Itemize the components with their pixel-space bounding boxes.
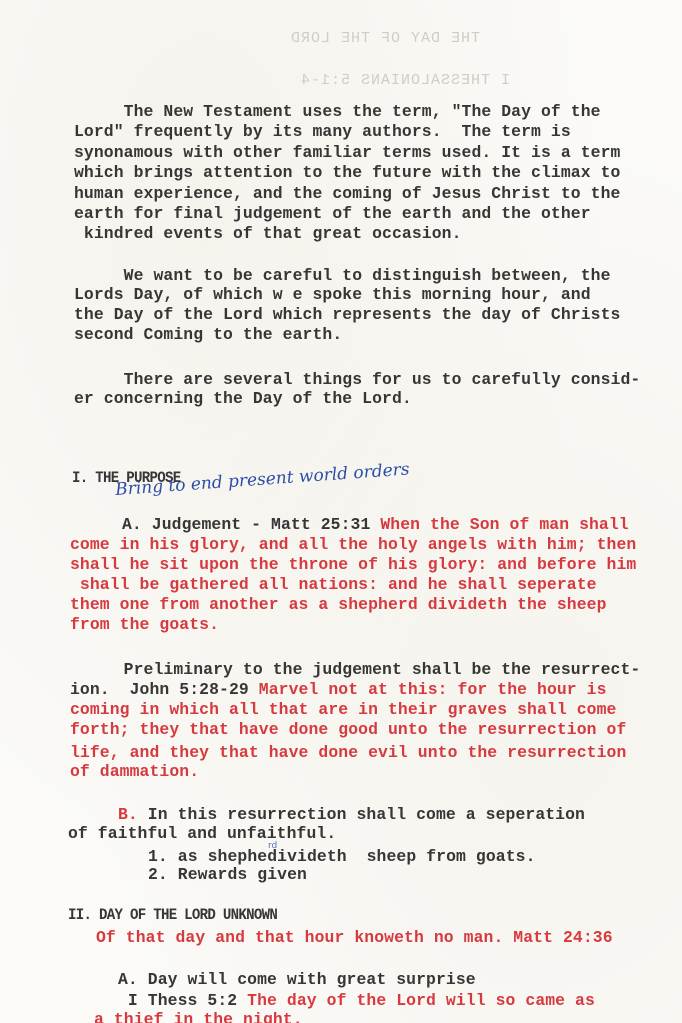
text-line: er concerning the Day of the Lord. <box>74 389 412 409</box>
verse-line: from the goats. <box>70 615 219 635</box>
section-2-heading: II. DAY OF THE LORD UNKNOWN <box>68 905 277 925</box>
verse-line: a thief in the night. <box>94 1010 303 1023</box>
text-line: earth for final judgement of the earth a… <box>74 204 591 224</box>
point-b-letter: B. <box>118 805 138 824</box>
verse-line: come in his glory, and all the holy ange… <box>70 535 636 555</box>
text-line: of faithful and unfaithful. <box>68 824 336 844</box>
document-page: THE DAY OF THE LORD I THESSALONIANS 5:1-… <box>0 0 682 1023</box>
verse-line: forth; they that have done good unto the… <box>70 720 626 740</box>
text-line: second Coming to the earth. <box>74 325 342 345</box>
text-line: Lord" frequently by its many authors. Th… <box>74 122 571 142</box>
verse-line: shall he sit upon the throne of his glor… <box>70 555 636 575</box>
text-line: We want to be careful to distinguish bet… <box>74 266 611 286</box>
point-a-label: A. Day will come with great surprise <box>118 970 476 990</box>
scripture-ref: I Thess 5:2 <box>118 991 247 1010</box>
verse-text: Marvel not at this: for the hour is <box>259 680 607 699</box>
verse-line: coming in which all that are in their gr… <box>70 700 616 720</box>
point-a-label: A. Judgement - Matt 25:31 <box>74 515 380 534</box>
scripture-ref: ion. John 5:28-29 <box>70 680 259 699</box>
point-a-ref-line: I Thess 5:2 The day of the Lord will so … <box>118 991 595 1011</box>
point-b-first-line: B. In this resurrection shall come a sep… <box>118 805 585 825</box>
text-line: Lords Day, of which w e spoke this morni… <box>74 285 591 305</box>
text-line: There are several things for us to caref… <box>74 370 640 390</box>
verse-text: When the Son of man shall <box>380 515 628 534</box>
text-line: ion. John 5:28-29 Marvel not at this: fo… <box>70 680 607 700</box>
handwritten-annotation: Bring to end present world orders <box>115 459 411 500</box>
verse-line: of dammation. <box>70 762 199 782</box>
sub-item: 1. as shephedivideth sheep from goats. <box>148 847 536 867</box>
text-line: The New Testament uses the term, "The Da… <box>74 102 601 122</box>
text-line: the Day of the Lord which represents the… <box>74 305 620 325</box>
text-line: human experience, and the coming of Jesu… <box>74 184 620 204</box>
sub-item: 2. Rewards given <box>148 865 307 885</box>
section-2-verse: Of that day and that hour knoweth no man… <box>96 928 613 948</box>
bleed-through-title: THE DAY OF THE LORD <box>290 30 480 47</box>
text-line: Preliminary to the judgement shall be th… <box>74 660 640 680</box>
verse-line: shall be gathered all nations: and he sh… <box>70 575 597 595</box>
point-b-text: In this resurrection shall come a sepera… <box>138 805 585 824</box>
text-line: kindred events of that great occasion. <box>74 224 462 244</box>
verse-line: life, and they that have done evil unto … <box>70 743 626 763</box>
verse-line: them one from another as a shepherd divi… <box>70 595 607 615</box>
bleed-through-subtitle: I THESSALONIANS 5:1-4 <box>300 72 510 89</box>
point-a-first-line: A. Judgement - Matt 25:31 When the Son o… <box>74 515 629 535</box>
verse-text: The day of the Lord will so came as <box>247 991 595 1010</box>
text-line: which brings attention to the future wit… <box>74 163 620 183</box>
text-line: synonamous with other familiar terms use… <box>74 143 620 163</box>
